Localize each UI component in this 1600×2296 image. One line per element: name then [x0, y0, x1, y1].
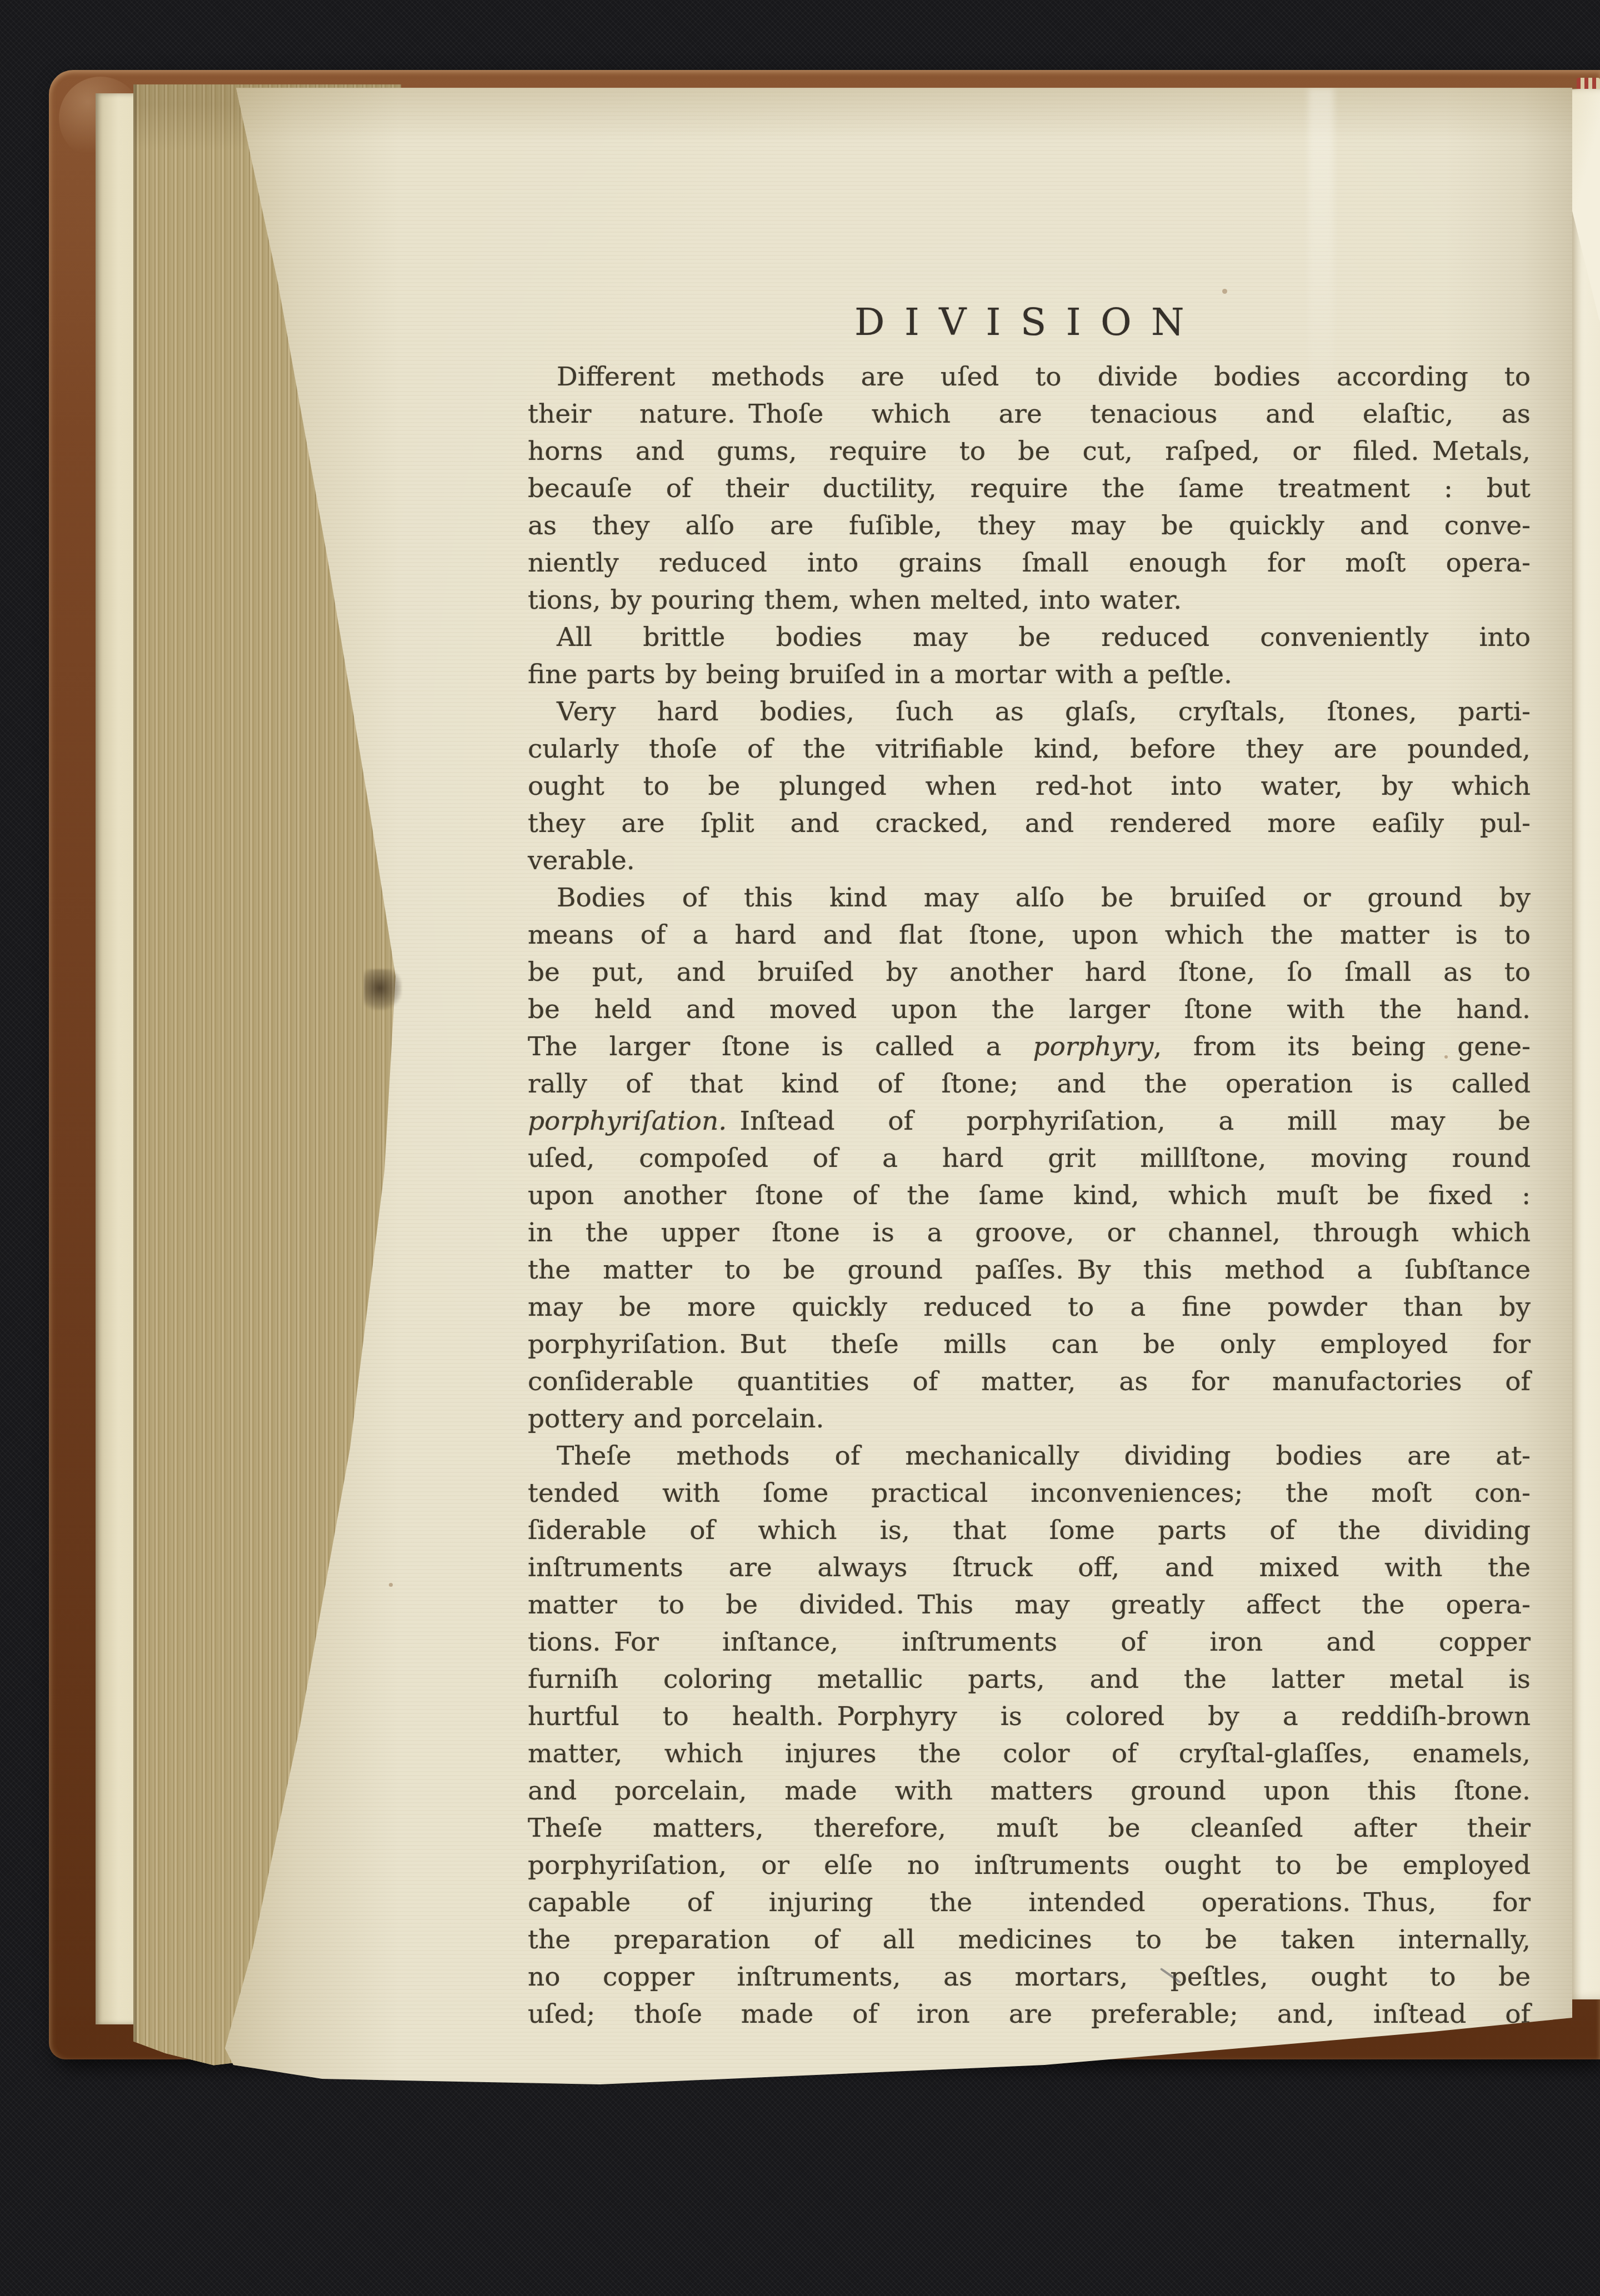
- text-line: becauſe of their ductility, require the …: [528, 470, 1531, 507]
- text-line: tended with ſome practical inconvenience…: [528, 1475, 1531, 1512]
- text-line: the matter to be ground paſſes. By this …: [528, 1251, 1531, 1289]
- text-line: means of a hard and flat ſtone, upon whi…: [528, 916, 1531, 954]
- text-line: porphyriſation. But theſe mills can be o…: [528, 1326, 1531, 1363]
- text-line: cularly thoſe of the vitrifiable kind, b…: [528, 730, 1531, 768]
- text-line: matter, which injures the color of cryſt…: [528, 1735, 1531, 1772]
- text-line: in the upper ſtone is a groove, or chann…: [528, 1214, 1531, 1251]
- text-line: be held and moved upon the larger ſtone …: [528, 991, 1531, 1028]
- text-line: the preparation of all medicines to be t…: [528, 1921, 1531, 1958]
- text-line: matter to be divided. This may greatly a…: [528, 1586, 1531, 1623]
- text-line: rally of that kind of ſtone; and the ope…: [528, 1065, 1531, 1102]
- text-line: and porcelain, made with matters ground …: [528, 1772, 1531, 1809]
- text-line: their nature. Thoſe which are tenacious …: [528, 395, 1531, 433]
- text-line: Theſe matters, therefore, muſt be cleanſ…: [528, 1809, 1531, 1847]
- text-line: uſed; thoſe made of iron are preferable;…: [528, 1996, 1531, 2033]
- text-line: tions, by pouring them, when melted, int…: [528, 581, 1531, 619]
- text-line: uſed, compoſed of a hard grit millſtone,…: [528, 1140, 1531, 1177]
- text-line: inſtruments are always ſtruck off, and m…: [528, 1549, 1531, 1586]
- page-title: DIVISION: [528, 303, 1531, 343]
- text-line: may be more quickly reduced to a fine po…: [528, 1289, 1531, 1326]
- text-line: ought to be plunged when red-hot into wa…: [528, 768, 1531, 805]
- text-line: as they alſo are fuſible, they may be qu…: [528, 507, 1531, 544]
- text-line: Bodies of this kind may alſo be bruiſed …: [528, 879, 1531, 916]
- fore-edge-stain: [364, 969, 402, 1010]
- paper-speck: [1222, 289, 1227, 294]
- text-line: Very hard bodies, ſuch as glaſs, cryſtal…: [528, 693, 1531, 730]
- text-line: niently reduced into grains ſmall enough…: [528, 544, 1531, 581]
- text-line: fine parts by being bruiſed in a mortar …: [528, 656, 1531, 693]
- text-line: conſiderable quantities of matter, as fo…: [528, 1363, 1531, 1400]
- text-line: porphyriſation, or elſe no inſtruments o…: [528, 1847, 1531, 1884]
- text-line: horns and gums, require to be cut, raſpe…: [528, 433, 1531, 470]
- text-line: porphyriſation. Inſtead of porphyriſatio…: [528, 1102, 1531, 1140]
- paper-speck: [1444, 1055, 1448, 1059]
- text-line: capable of injuring the intended operati…: [528, 1884, 1531, 1921]
- text-line: they are ſplit and cracked, and rendered…: [528, 805, 1531, 842]
- text-line: hurtful to health. Porphyry is colored b…: [528, 1698, 1531, 1735]
- book-page: DIVISION Different methods are uſed to d…: [211, 88, 1572, 2087]
- text-line: Theſe methods of mechanically dividing b…: [528, 1437, 1531, 1475]
- text-line: ſiderable of which is, that ſome parts o…: [528, 1512, 1531, 1549]
- text-block: DIVISION Different methods are uſed to d…: [528, 303, 1531, 2070]
- body-text: Different methods are uſed to divide bod…: [528, 358, 1531, 2033]
- text-line: tions. For inſtance, inſtruments of iron…: [528, 1623, 1531, 1661]
- photograph-backdrop: DIVISION Different methods are uſed to d…: [0, 0, 1600, 2296]
- text-line: All brittle bodies may be reduced conven…: [528, 619, 1531, 656]
- text-line: no copper inſtruments, as mortars, peſtl…: [528, 1958, 1531, 1996]
- text-line: pottery and porcelain.: [528, 1400, 1531, 1437]
- text-line: upon another ſtone of the ſame kind, whi…: [528, 1177, 1531, 1214]
- text-line: verable.: [528, 842, 1531, 879]
- text-line: The larger ſtone is called a porphyry, f…: [528, 1028, 1531, 1065]
- text-line: furniſh coloring metallic parts, and the…: [528, 1661, 1531, 1698]
- text-line: be put, and bruiſed by another hard ſton…: [528, 954, 1531, 991]
- paper-speck: [389, 1583, 393, 1587]
- text-line: Different methods are uſed to divide bod…: [528, 358, 1531, 395]
